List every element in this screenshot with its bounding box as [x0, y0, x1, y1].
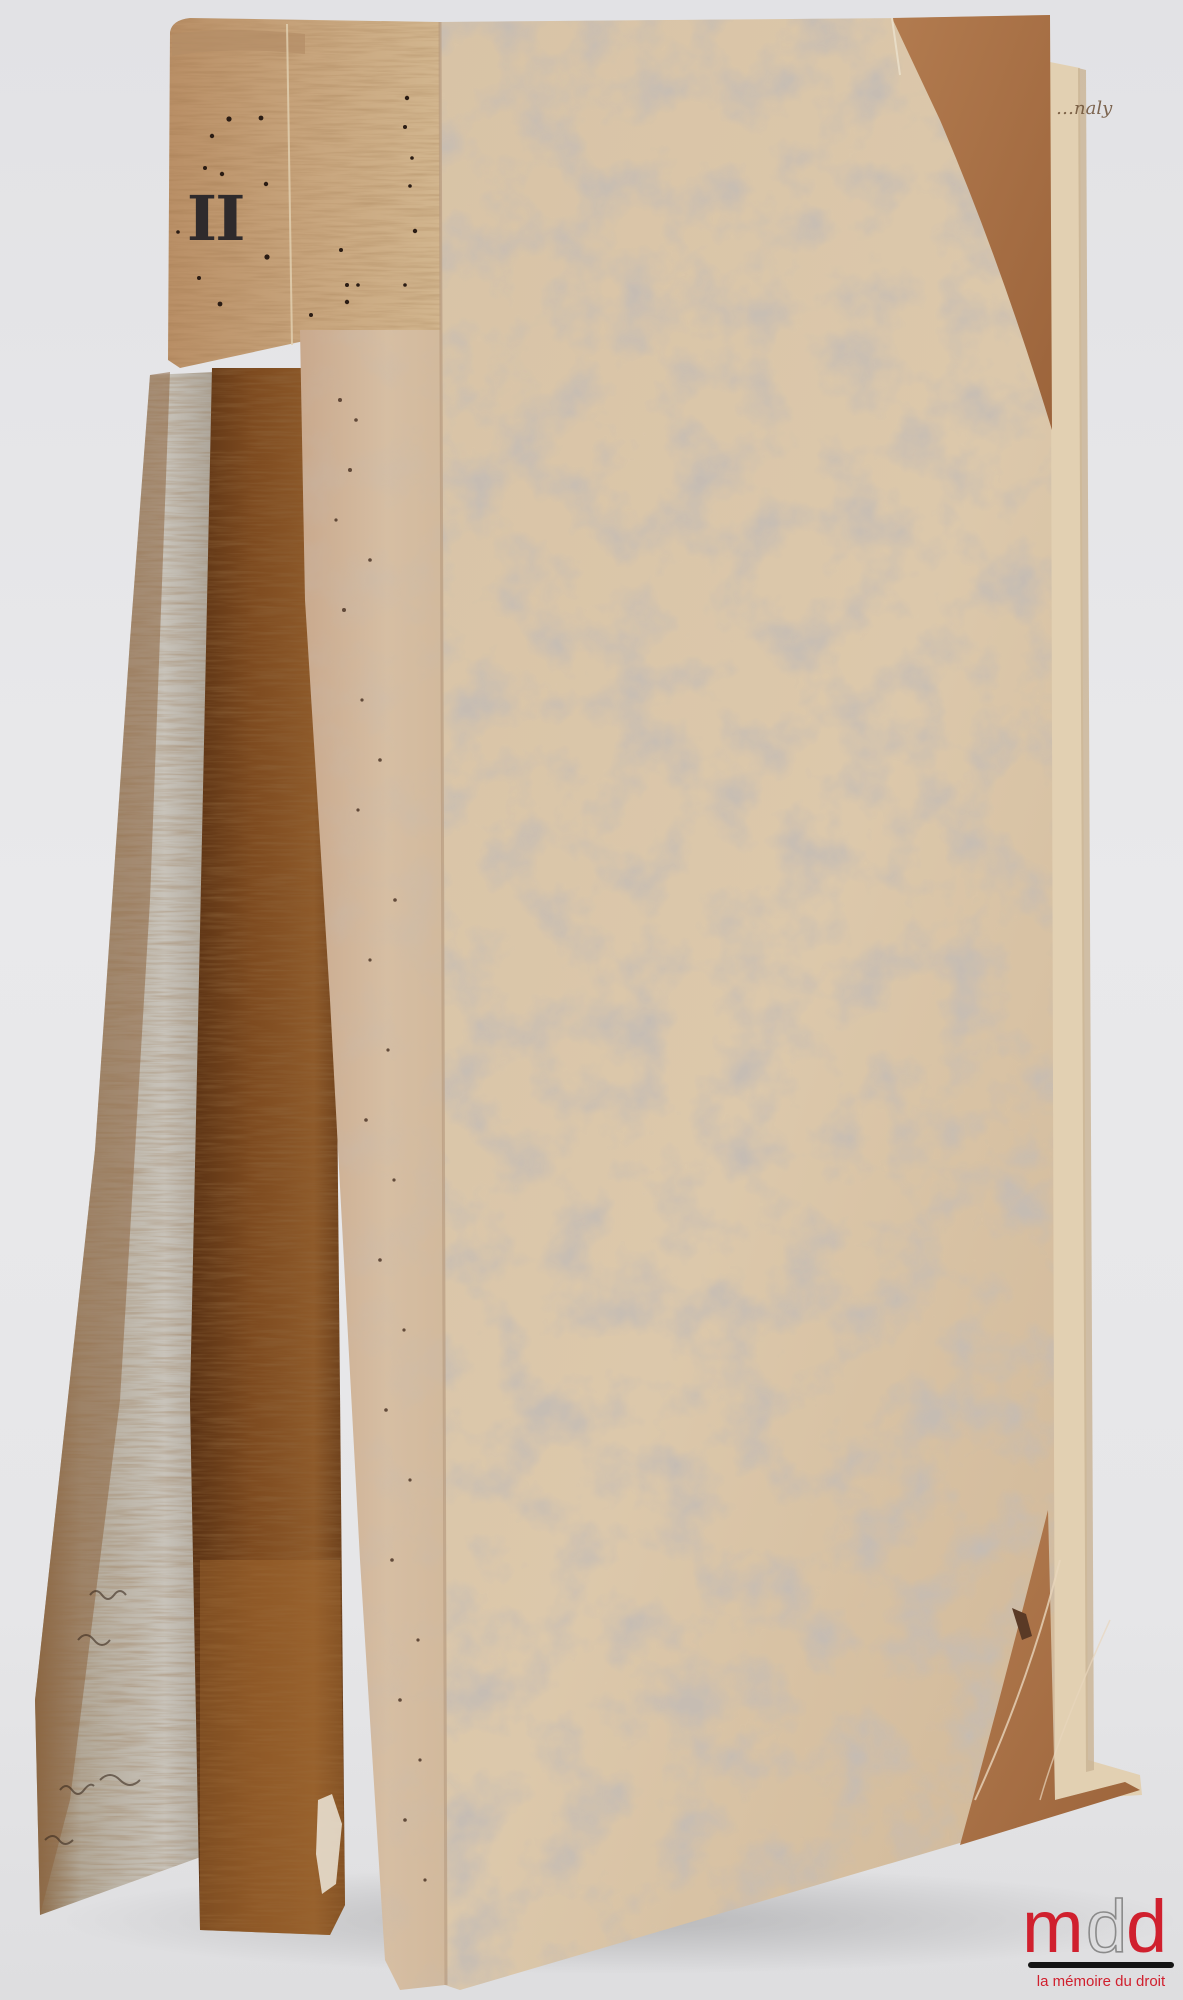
- detached-page: [35, 372, 220, 1915]
- mdd-logo-mark: m d d: [1020, 1880, 1180, 1958]
- logo-tagline: la mémoire du droit: [1020, 1973, 1182, 1990]
- margin-note: …naly: [1056, 98, 1112, 119]
- book-photo: [0, 0, 1183, 2000]
- mdd-logo: m d d la mémoire du droit: [1020, 1880, 1180, 1998]
- logo-letter-m: m: [1022, 1885, 1084, 1958]
- logo-letter-d: d: [1126, 1885, 1167, 1958]
- page-edges: [1050, 62, 1142, 1800]
- logo-underline: [1028, 1962, 1174, 1968]
- volume-numeral: II: [187, 184, 240, 254]
- logo-letter-d-outline: d: [1086, 1885, 1127, 1958]
- front-cover: [440, 15, 1140, 1990]
